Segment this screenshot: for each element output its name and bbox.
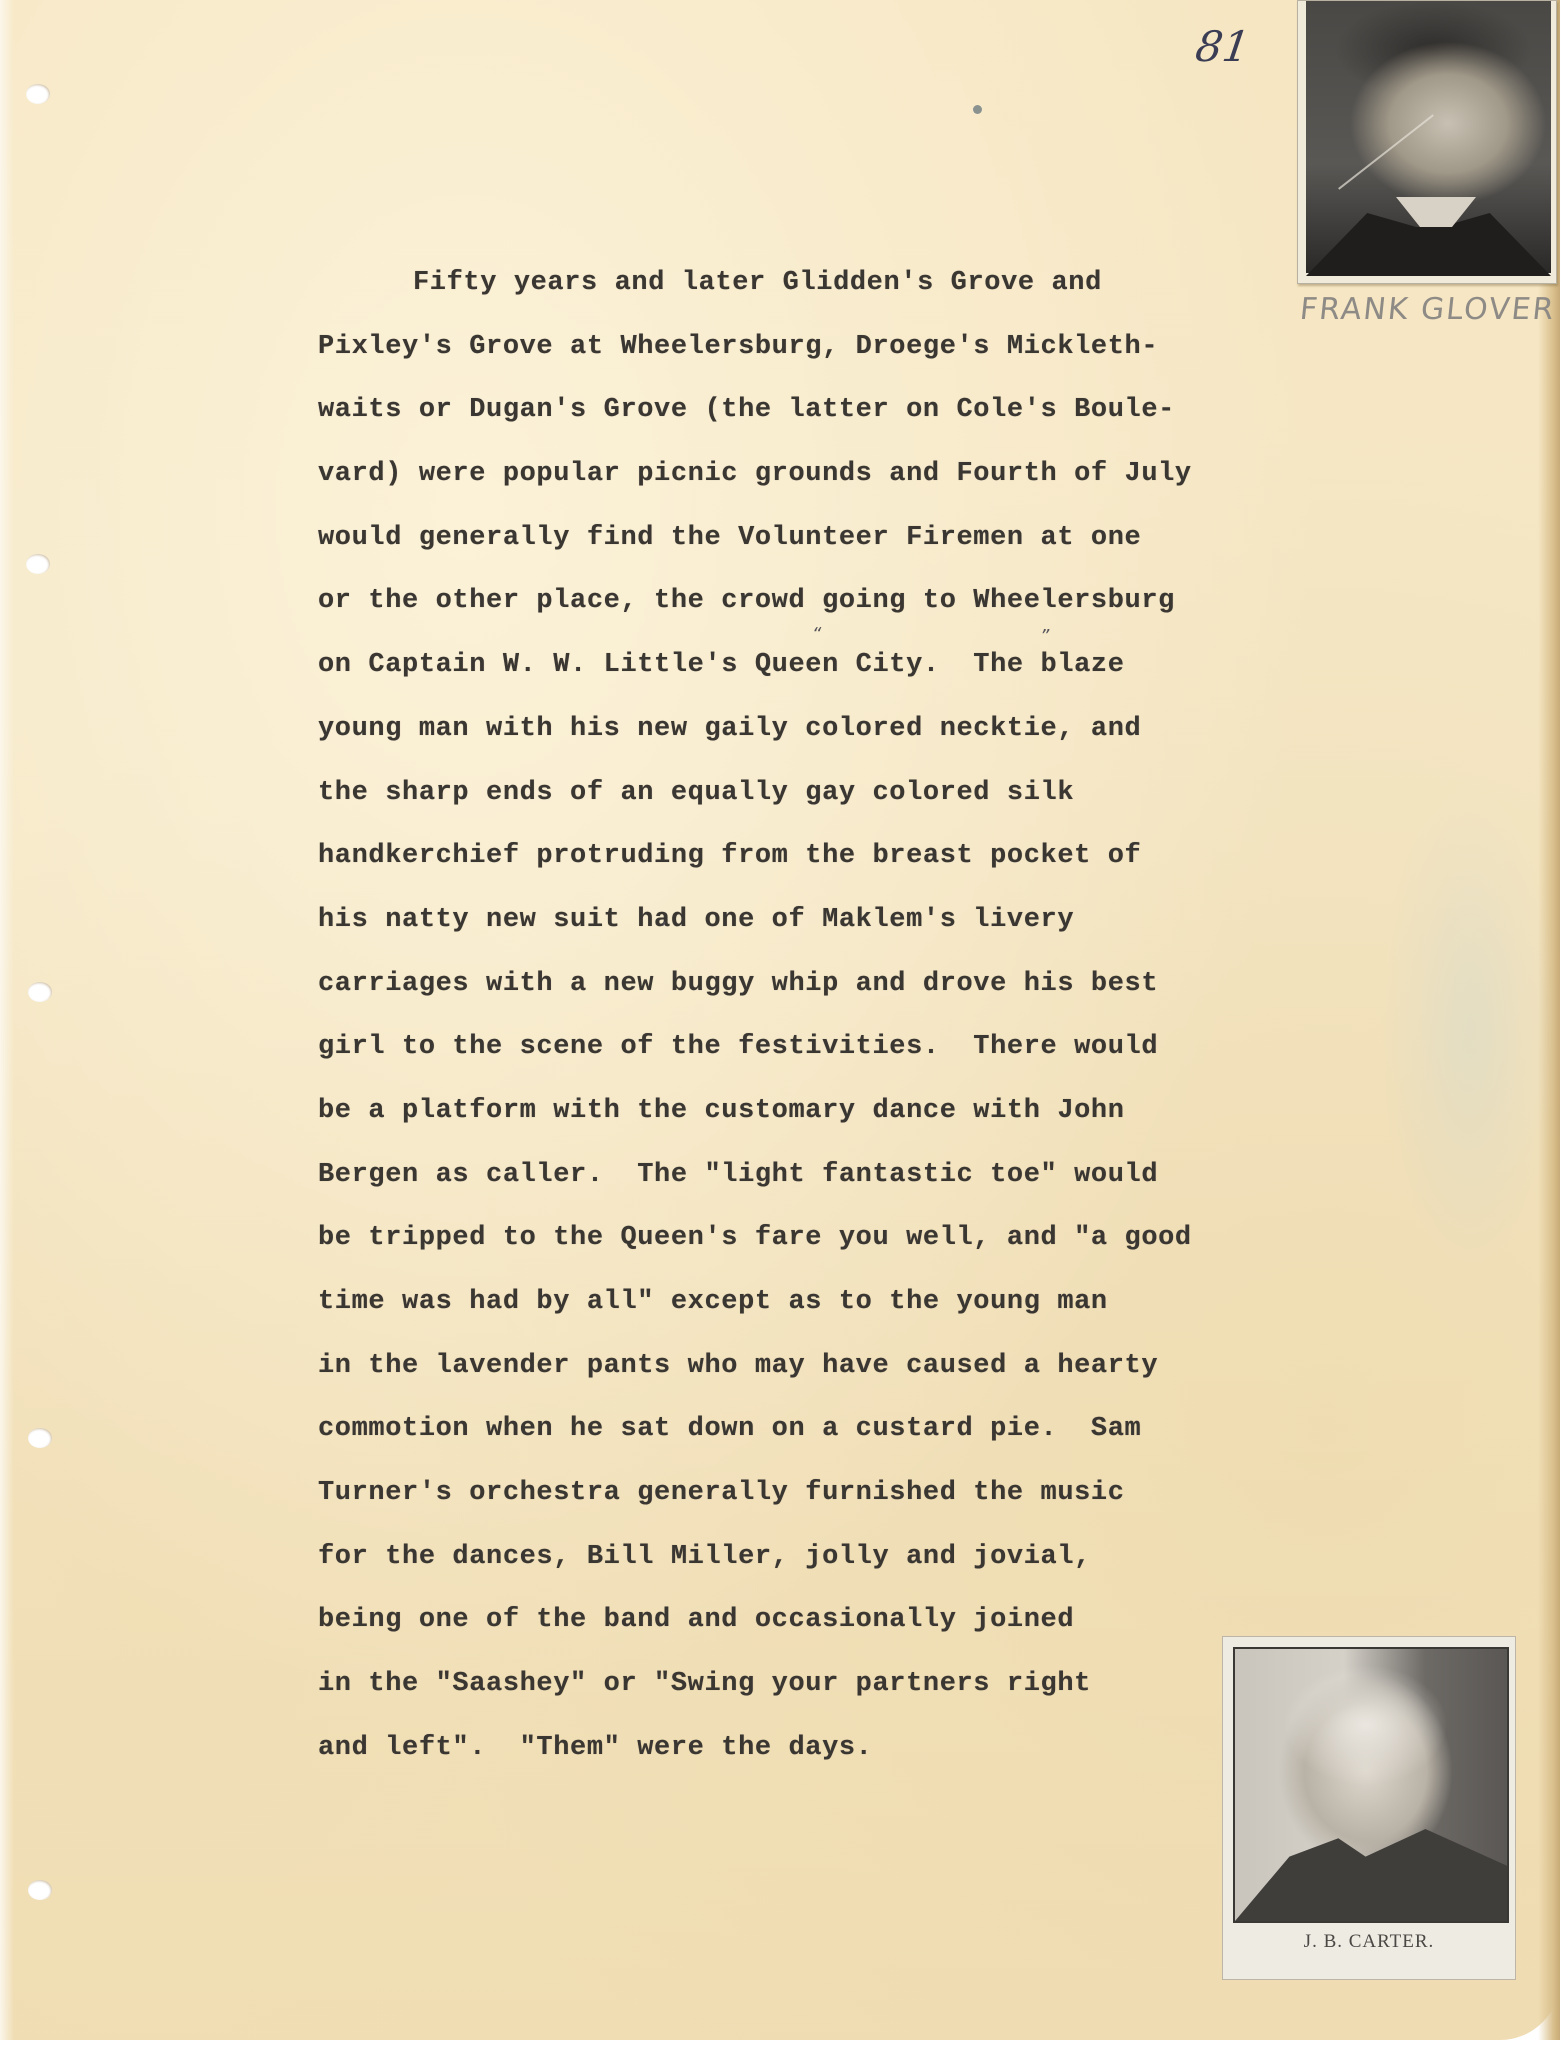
text-line: Bergen as caller. The "light fantastic t… <box>318 1144 1318 1208</box>
punch-hole <box>28 1428 52 1448</box>
photo-frank-glover <box>1297 0 1557 284</box>
photo-scratch <box>1338 114 1434 189</box>
text-line: Turner's orchestra generally furnished t… <box>318 1462 1318 1526</box>
portrait-image <box>1306 1 1551 273</box>
punch-hole <box>28 982 52 1002</box>
punch-hole <box>28 1880 52 1900</box>
handwritten-close-quote: ” <box>1040 626 1049 647</box>
photo-caption-jb-carter: J. B. CARTER. <box>1223 1931 1515 1953</box>
photo-jb-carter: J. B. CARTER. <box>1222 1636 1516 1980</box>
text-line: vard) were popular picnic grounds and Fo… <box>318 443 1318 507</box>
text-line: handkerchief protruding from the breast … <box>318 825 1318 889</box>
text-line: Fifty years and later Glidden's Grove an… <box>318 252 1318 316</box>
ink-spot <box>973 105 982 114</box>
photo-caption-frank-glover: FRANK GLOVER <box>1298 292 1557 327</box>
text-line: Pixley's Grove at Wheelersburg, Droege's… <box>318 316 1318 380</box>
handwritten-comma: , <box>662 908 668 929</box>
text-line: girl to the scene of the festivities. Th… <box>318 1016 1318 1080</box>
typewritten-body: Fifty years and later Glidden's Grove an… <box>318 252 1318 1781</box>
handwritten-open-quote: “ <box>812 624 821 645</box>
text-line: would generally find the Volunteer Firem… <box>318 507 1318 571</box>
text-line: and left". "Them" were the days. <box>318 1717 1318 1781</box>
text-line: commotion when he sat down on a custard … <box>318 1398 1318 1462</box>
document-page: 81 FRANK GLOVER Fifty years and later Gl… <box>0 0 1560 2040</box>
text-line: waits or Dugan's Grove (the latter on Co… <box>318 379 1318 443</box>
text-line: the sharp ends of an equally gay colored… <box>318 762 1318 826</box>
text-line: being one of the band and occasionally j… <box>318 1589 1318 1653</box>
portrait-image <box>1233 1647 1509 1923</box>
text-line: in the lavender pants who may have cause… <box>318 1335 1318 1399</box>
text-line: time was had by all" except as to the yo… <box>318 1271 1318 1335</box>
text-line: his natty new suit had one of Maklem's l… <box>318 889 1318 953</box>
punch-hole <box>26 84 50 104</box>
portrait-coat <box>1235 1829 1507 1921</box>
paper-stain <box>1380 780 1560 1280</box>
page-number: 81 <box>1193 22 1253 71</box>
text-line: for the dances, Bill Miller, jolly and j… <box>318 1526 1318 1590</box>
text-line: be a platform with the customary dance w… <box>318 1080 1318 1144</box>
text-line: carriages with a new buggy whip and drov… <box>318 953 1318 1017</box>
text-line: young man with his new gaily colored nec… <box>318 698 1318 762</box>
paper-left-edge <box>0 0 14 2040</box>
text-line: be tripped to the Queen's fare you well,… <box>318 1207 1318 1271</box>
punch-hole <box>26 554 50 574</box>
text-line: in the "Saashey" or "Swing your partners… <box>318 1653 1318 1717</box>
